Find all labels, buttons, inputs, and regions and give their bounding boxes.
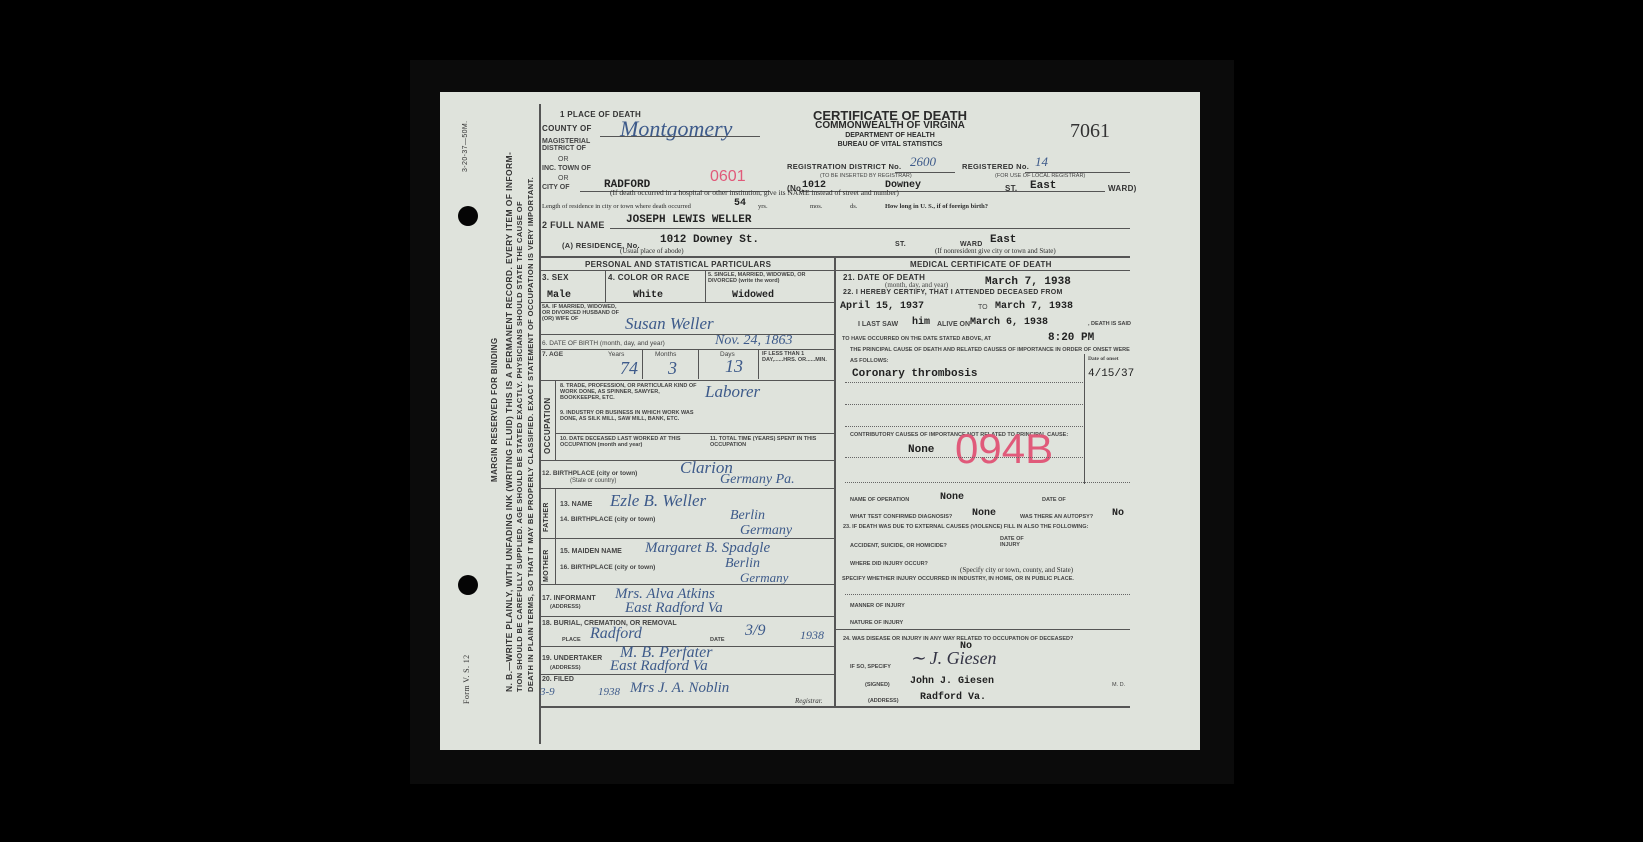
burial-year: 1938 [800,628,824,643]
race-label: 4. COLOR OR RACE [608,273,690,282]
dotted-rule [845,594,1130,595]
divider [758,349,759,379]
or-label: OR [558,175,569,182]
dob-label: 6. DATE OF BIRTH (month, day, and year) [542,340,665,347]
rule [836,270,1130,271]
rule [540,270,834,271]
attended-from: April 15, 1937 [840,301,924,312]
ward-label: WARD) [1108,184,1137,193]
personal-header: PERSONAL AND STATISTICAL PARTICULARS [585,260,771,269]
filed-year: 1938 [598,686,620,698]
trade-label: 8. TRADE, PROFESSION, OR PARTICULAR KIND… [560,383,700,401]
age-years: 74 [620,358,638,379]
hospital-note: (If death occurred in a hospital or othe… [610,188,899,197]
alive-label: ALIVE ON [937,321,970,328]
note: (TO BE INSERTED BY REGISTRAR) [820,173,912,179]
years-label: Years [608,351,624,358]
maiden-name-label: 15. MAIDEN NAME [560,548,622,555]
divider [555,488,556,538]
test-label: WHAT TEST CONFIRMED DIAGNOSIS? [850,514,952,520]
rule [540,349,834,350]
spouse-value: Susan Weller [625,314,714,334]
signed-name: John J. Giesen [910,676,994,687]
injury-date-label: DATE OF INJURY [1000,536,1040,548]
divider [834,256,836,706]
rule [600,136,760,137]
certificate-number: 7061 [1070,120,1110,143]
registrar-label: Registrar. [795,697,822,705]
medical-header: MEDICAL CERTIFICATE OF DEATH [910,260,1052,269]
occupation-label: OCCUPATION [543,397,552,454]
note: (If nonresident give city or town and St… [935,247,1056,255]
instruction-line: N. B.—WRITE PLAINLY, WITH UNFADING INK (… [504,152,514,692]
marital-value: Widowed [732,290,774,301]
onset-label: Date of onset [1088,356,1128,362]
birthplace-label: 12. BIRTHPLACE (city or town) [542,470,637,477]
age-days: 13 [725,356,743,377]
divider [1084,354,1085,484]
note: (month, day, and year) [885,281,948,289]
time-of-death: 8:20 PM [1048,332,1094,344]
accident-label: ACCIDENT, SUICIDE, OR HOMICIDE? [850,543,947,549]
border [539,104,541,744]
occurred-label: TO HAVE OCCURRED ON THE DATE STATED ABOV… [842,336,991,342]
note: (Usual place of abode) [620,247,684,255]
physician-address: Radford Va. [920,692,986,703]
last-saw-him: him [912,317,930,328]
attended-to: March 7, 1938 [995,301,1073,312]
external-causes-label: 23. IF DEATH WAS DUE TO EXTERNAL CAUSES … [843,524,1133,530]
dob-value: Nov. 24, 1863 [715,333,793,349]
related-label: 24. WAS DISEASE OR INJURY IN ANY WAY REL… [843,633,1133,645]
death-certificate: 3-20-37—50M. Form V. S. 12 MARGIN RESERV… [440,92,1200,750]
state-label: (State or country) [570,478,616,484]
rule [540,488,834,489]
certify-label: 22. I HEREBY CERTIFY, THAT I ATTENDED DE… [843,289,1063,296]
bureau: BUREAU OF VITAL STATISTICS [790,141,990,148]
maiden-name: Margaret B. Spadgle [645,540,770,557]
operation-value: None [940,492,964,503]
less-than-day-label: IF LESS THAN 1 DAY,......HRS. OR......MI… [762,351,832,363]
address-label: (ADDRESS) [868,698,899,704]
registered-value: 14 [1035,154,1048,170]
dotted-rule [845,404,1083,405]
op-date-label: DATE OF [1042,497,1066,503]
spouse-label: 5A. IF MARRIED, WIDOWED, OR DIVORCED HUS… [542,304,622,322]
binding-note: MARGIN RESERVED FOR BINDING [490,338,499,482]
md-label: M. D. [1112,682,1125,688]
print-code: 3-20-37—50M. [462,121,469,173]
specify-label: SPECIFY WHETHER INJURY OCCURRED IN INDUS… [842,576,1132,582]
autopsy-value: No [1112,508,1124,519]
informant-label: 17. INFORMANT [542,595,596,602]
autopsy-label: WAS THERE AN AUTOPSY? [1020,514,1093,520]
certificate-subtitle: COMMONWEALTH OF VIRGINA [780,120,1000,131]
registrar-signature: Mrs J. A. Noblin [630,680,729,697]
rule [540,706,1130,708]
registered-label: REGISTERED No. [962,162,1029,171]
father-name-label: 13. NAME [560,501,592,508]
burial-place: Radford [590,625,642,643]
onset-date: 4/15/37 [1088,368,1134,380]
rule [540,302,834,303]
age-label: 7. AGE [542,351,563,358]
marital-label: 5. SINGLE, MARRIED, WIDOWED, OR DIVORCED… [708,272,833,284]
race-value: White [633,290,663,301]
if-so-label: IF SO, SPECIFY [850,664,891,670]
mos-label: mos. [810,203,822,210]
dod-value: March 7, 1938 [985,276,1071,288]
yrs-label: yrs. [758,203,768,210]
full-name-value: JOSEPH LEWIS WELLER [626,214,751,226]
divider [698,349,699,379]
father-birthplace-label: 14. BIRTHPLACE (city or town) [560,516,655,523]
trade-value: Laborer [705,382,760,402]
form-number: Form V. S. 12 [462,654,471,704]
place-label: PLACE [562,637,581,643]
nature-label: NATURE OF INJURY [850,620,903,626]
last-saw-date: March 6, 1938 [970,317,1048,328]
note: (FOR USE OF LOCAL REGISTRAR) [995,173,1085,179]
informant-address: East Radford Va [625,600,723,617]
rule [540,674,834,675]
city-label: CITY OF [542,184,569,191]
rule [540,380,834,381]
rule [555,433,834,434]
divider [705,270,706,302]
us-label: How long in U. S., if of foreign birth? [885,203,988,210]
date-label: DATE [710,637,725,643]
ds-label: ds. [850,203,857,210]
father-birthplace: Berlin [730,508,765,524]
physician-signature: ∼ J. Giesen [910,648,997,669]
address-label: (ADDRESS) [550,604,581,610]
address-label: (ADDRESS) [550,665,581,671]
rule [540,538,834,539]
residence-years: 54 [734,198,746,209]
town-label: INC. TOWN OF [542,165,591,172]
divider [605,270,606,302]
rule [836,629,1130,630]
death-said-label: , DEATH IS SAID [1088,321,1131,327]
instruction-line: TION SHOULD BE CAREFULLY SUPPLIED. AGE S… [515,201,524,692]
reg-district-label: REGISTRATION DISTRICT No. [787,162,901,171]
months-label: Months [655,351,676,358]
to-label: TO [978,304,988,311]
undertaker-address: East Radford Va [610,658,708,675]
rule [610,228,1130,229]
magisterial-label: MAGISTERIAL DISTRICT OF [542,138,597,152]
age-months: 3 [668,358,677,379]
signed-label: (SIGNED) [865,682,890,688]
operation-label: NAME OF OPERATION [850,497,909,503]
reg-district-value: 2600 [910,154,936,170]
dotted-rule [845,482,1130,483]
contributory-value: None [908,444,934,456]
filed-date: 3-9 [540,686,555,698]
divider [555,538,556,584]
punch-hole [458,575,478,595]
residence-length-label: Length of residence in city or town wher… [542,203,691,210]
filed-label: 20. FILED [542,676,574,683]
manner-label: MANNER OF INJURY [850,603,905,609]
last-worked-label: 10. DATE DECEASED LAST WORKED AT THIS OC… [560,436,695,448]
last-saw-label: I LAST SAW [858,321,898,328]
industry-label: 9. INDUSTRY OR BUSINESS IN WHICH WORK WA… [560,410,700,422]
dotted-rule [845,382,1083,383]
father-name: Ezle B. Weller [610,491,706,511]
father-birthplace-state: Germany [740,523,792,539]
where-note: (Specify city or town, county, and State… [960,566,1073,574]
county-label: COUNTY OF [542,124,592,133]
st-label: ST. [895,241,906,248]
rule [540,616,834,617]
divider [555,380,556,460]
red-stamp: 094B [955,425,1053,473]
divider [642,349,643,379]
mother-birthplace-label: 16. BIRTHPLACE (city or town) [560,564,655,571]
full-name-label: 2 FULL NAME [542,220,605,230]
ward-value: East [990,234,1016,246]
principal-cause: Coronary thrombosis [852,368,977,380]
mother-label: MOTHER [543,549,550,582]
where-label: WHERE DID INJURY OCCUR? [850,561,928,567]
total-time-label: 11. TOTAL TIME (YEARS) SPENT IN THIS OCC… [710,436,830,448]
dotted-rule [845,457,1083,458]
sex-value: Male [547,290,571,301]
sex-label: 3. SEX [542,273,569,282]
red-stamp: 0601 [710,168,746,186]
undertaker-label: 19. UNDERTAKER [542,655,602,662]
burial-date: 3/9 [745,622,765,640]
or-label: OR [558,156,569,163]
rule [540,584,834,585]
father-label: FATHER [543,502,550,532]
punch-hole [458,206,478,226]
birthplace-state: Germany Pa. [720,472,795,488]
county-value: Montgomery [620,116,732,142]
residence-value: 1012 Downey St. [660,234,759,246]
test-value: None [972,508,996,519]
department: DEPARTMENT OF HEALTH [790,132,990,139]
instruction-line: DEATH IN PLAIN TERMS, SO THAT IT MAY BE … [526,177,535,692]
